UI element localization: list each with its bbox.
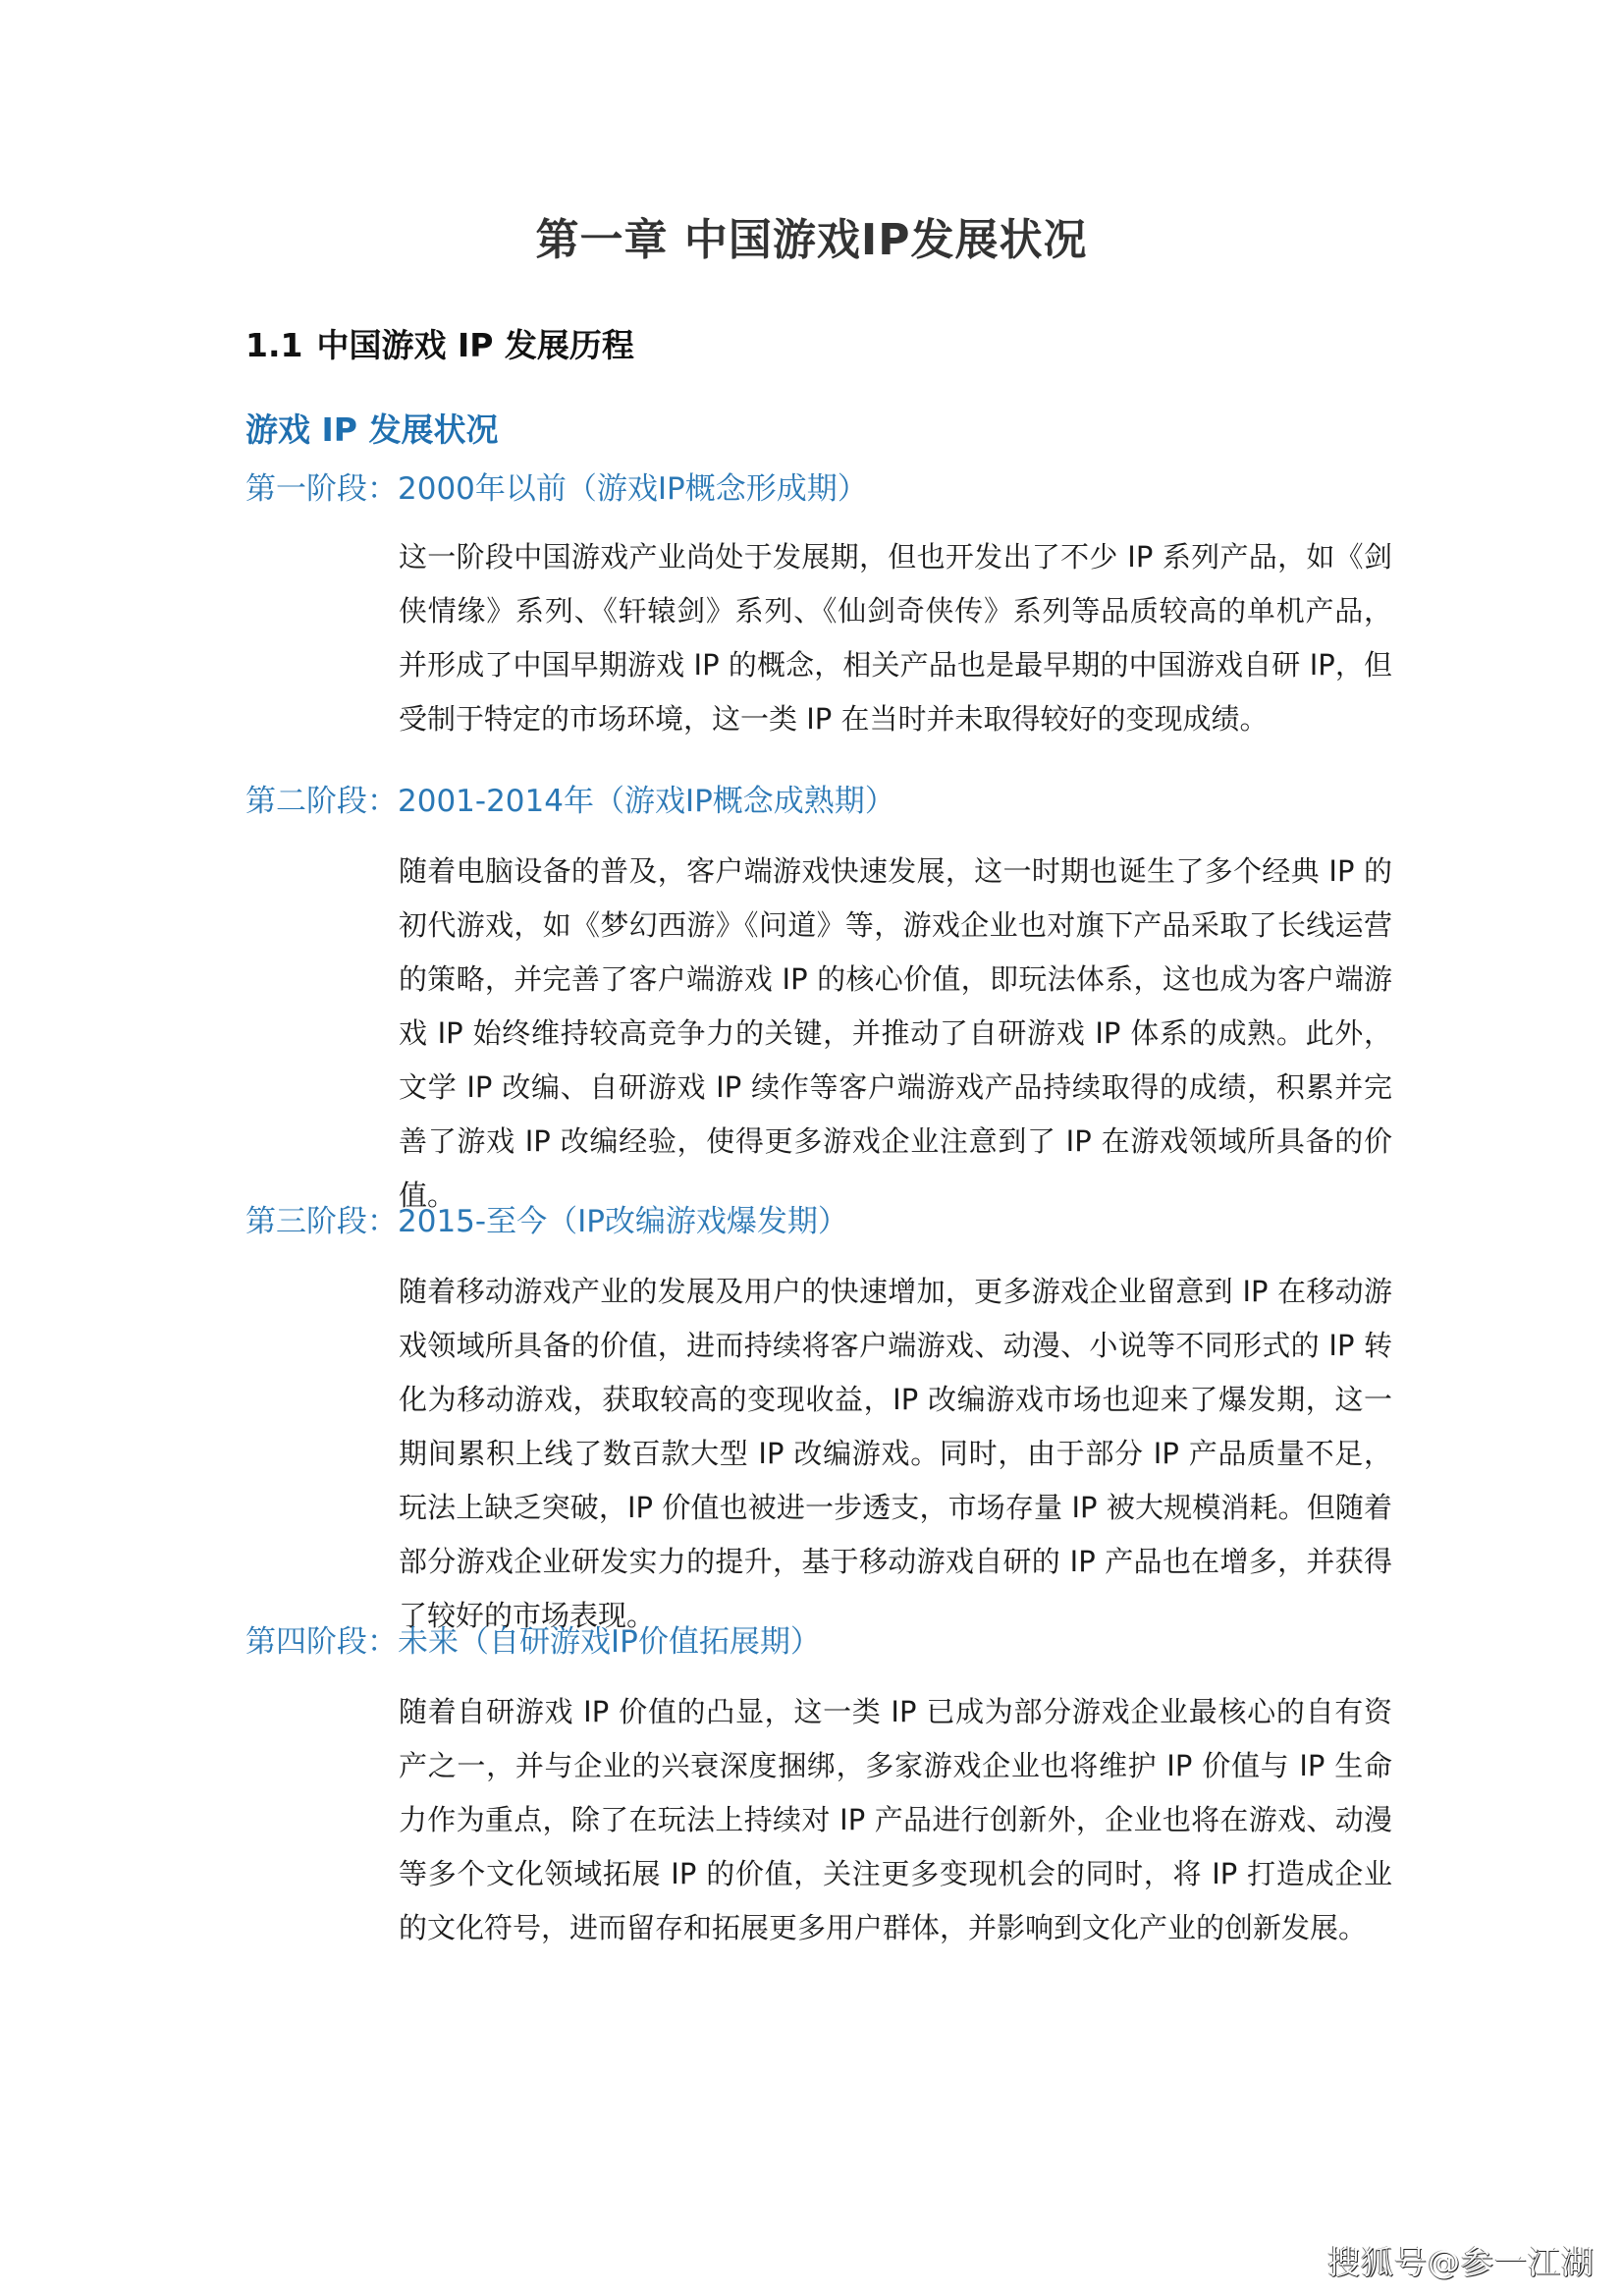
chapter-title: 第一章 中国游戏IP发展状况	[0, 204, 1623, 267]
section-number: 1.1	[245, 326, 302, 364]
subheading: 游戏 IP 发展状况	[245, 405, 498, 451]
section-title: 1.1中国游戏 IP 发展历程	[245, 320, 634, 366]
document-page: 第一章 中国游戏IP发展状况 1.1中国游戏 IP 发展历程 游戏 IP 发展状…	[0, 0, 1623, 2296]
stage-heading-1: 第一阶段：2000年以前（游戏IP概念形成期）	[245, 464, 868, 508]
stage-body-4: 随着自研游戏 IP 价值的凸显，这一类 IP 已成为部分游戏企业最核心的自有资产…	[399, 1685, 1392, 1955]
stage-heading-3: 第三阶段：2015-至今（IP改编游戏爆发期）	[245, 1196, 848, 1240]
stage-body-2: 随着电脑设备的普及，客户端游戏快速发展，这一时期也诞生了多个经典 IP 的初代游…	[399, 845, 1392, 1223]
stage-body-3: 随着移动游戏产业的发展及用户的快速增加，更多游戏企业留意到 IP 在移动游戏领域…	[399, 1265, 1392, 1643]
watermark: 搜狐号@参一江湖	[1327, 2237, 1595, 2283]
stage-heading-4: 第四阶段：未来（自研游戏IP价值拓展期）	[245, 1616, 821, 1661]
section-title-text: 中国游戏 IP 发展历程	[316, 326, 633, 364]
stage-body-1: 这一阶段中国游戏产业尚处于发展期，但也开发出了不少 IP 系列产品，如《剑侠情缘…	[399, 530, 1392, 746]
stage-heading-2: 第二阶段：2001-2014年（游戏IP概念成熟期）	[245, 776, 895, 820]
